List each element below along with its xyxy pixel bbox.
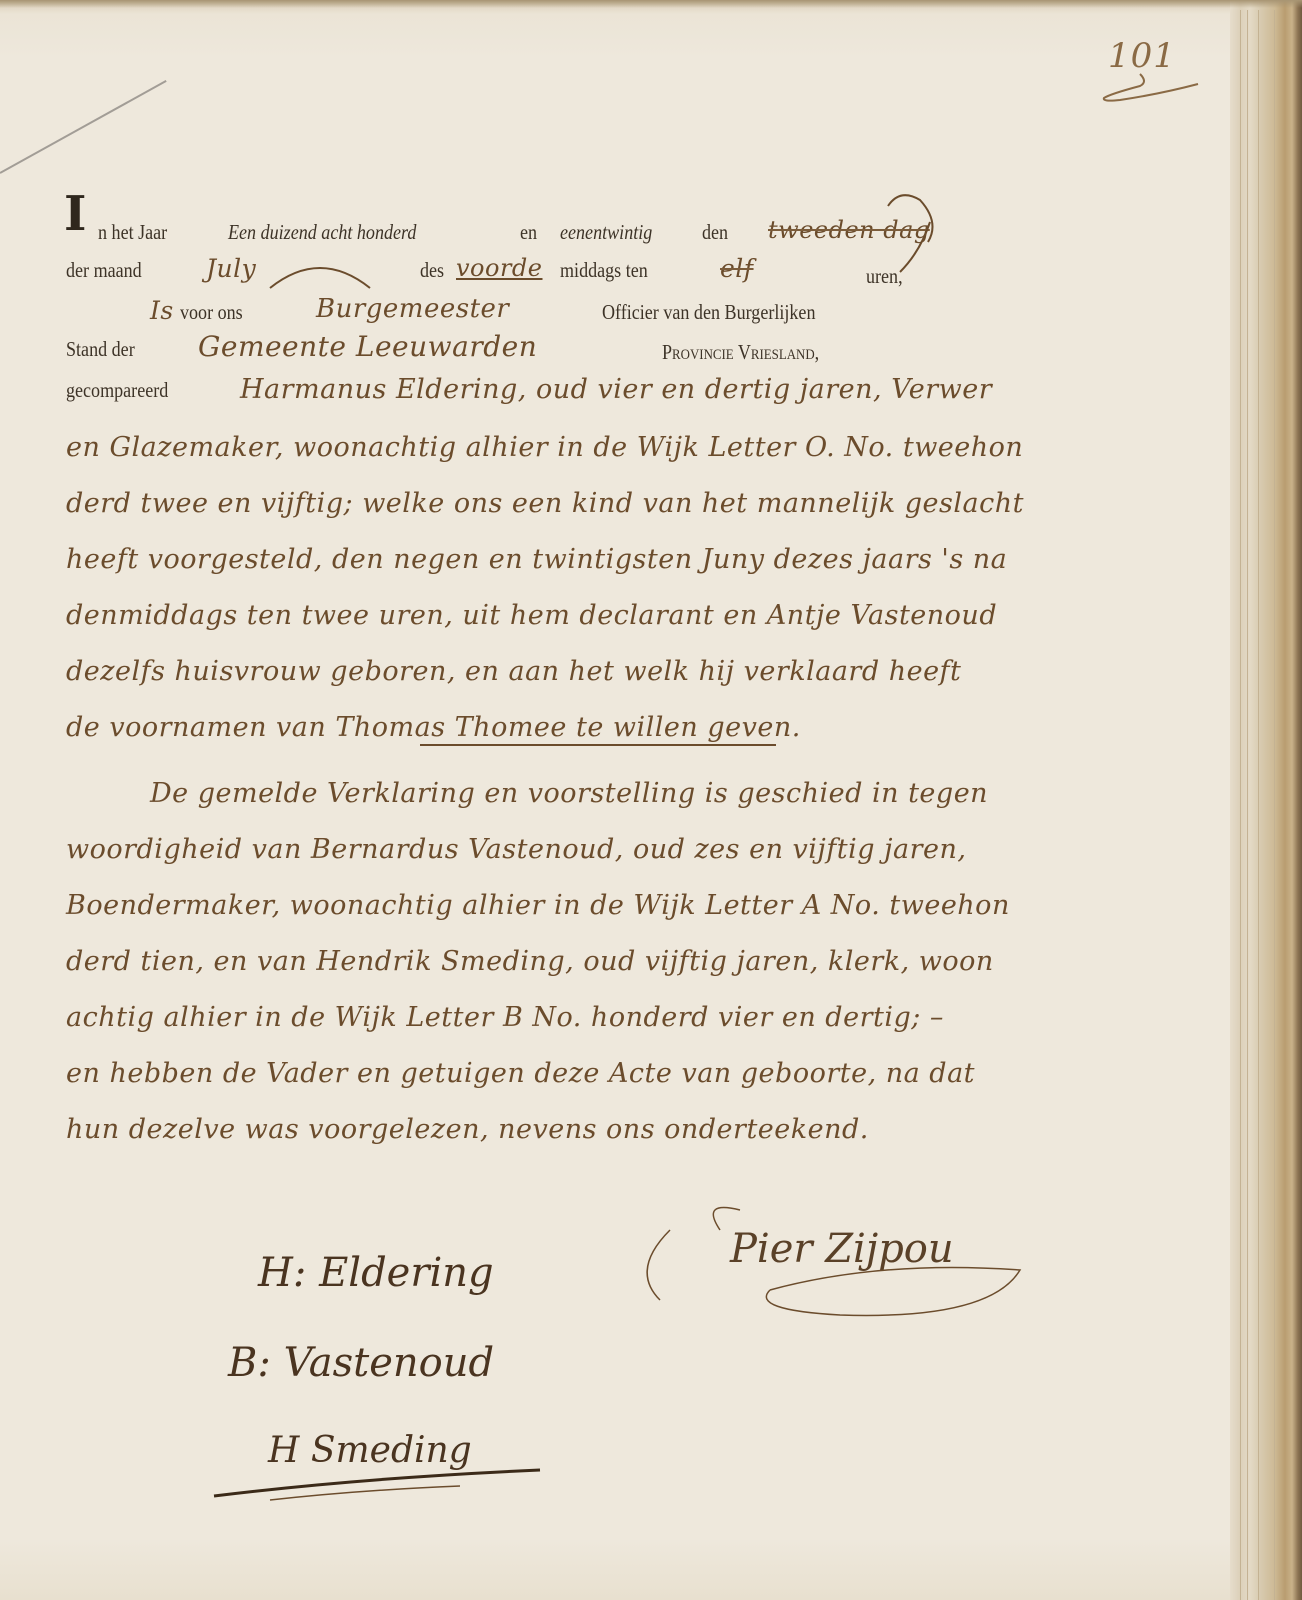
signature-vastenoud: B: Vastenoud	[228, 1340, 494, 1386]
printed-uren: uren,	[866, 264, 903, 289]
child-name-underline	[420, 744, 776, 746]
printed-provincie: Provincie Vriesland,	[662, 340, 819, 365]
top-edge-shadow	[0, 0, 1302, 8]
book-page-edges	[1230, 0, 1302, 1600]
signature-smeding: H Smeding	[268, 1430, 472, 1471]
handwritten-official-title: Burgemeester	[316, 294, 509, 324]
printed-der-maand: der maand	[66, 258, 142, 283]
body-line-7: de voornamen van Thomas Thomee te willen…	[66, 712, 801, 743]
body-line-5: denmiddags ten twee uren, uit hem declar…	[66, 600, 997, 631]
printed-in-het-jaar: n het Jaar	[98, 220, 167, 245]
printed-voor-ons: voor ons	[180, 300, 243, 325]
handwritten-municipality: Gemeente Leeuwarden	[198, 330, 537, 363]
printed-middags-ten: middags ten	[560, 258, 648, 283]
page-number-flourish	[1100, 72, 1200, 102]
mayor-signature-flourish	[640, 1190, 1040, 1340]
printed-eenentwintig: eenentwintig	[560, 220, 652, 245]
printed-year-words: Een duizend acht honderd	[228, 220, 416, 245]
witness-line-6: en hebben de Vader en getuigen deze Acte…	[66, 1058, 975, 1089]
body-line-3: derd twee en vijftig; welke ons een kind…	[66, 488, 1024, 519]
printed-officier: Officier van den Burgerlijken	[602, 300, 815, 325]
signature-eldering: H: Eldering	[258, 1250, 494, 1296]
printed-den: den	[702, 220, 728, 245]
handwritten-is: Is	[150, 296, 174, 325]
body-line-1: Harmanus Eldering, oud vier en dertig ja…	[240, 374, 992, 405]
handwritten-hour: elf	[720, 254, 754, 283]
month-flourish	[260, 258, 380, 298]
witness-line-4: derd tien, en van Hendrik Smeding, oud v…	[66, 946, 994, 977]
body-line-4: heeft voorgesteld, den negen en twintigs…	[66, 544, 1007, 575]
page-number: 101	[1108, 36, 1176, 76]
witness-line-2: woordigheid van Bernardus Vastenoud, oud…	[66, 834, 966, 865]
printed-stand-der: Stand der	[66, 337, 135, 362]
witness-line-7: hun dezelve was voorgelezen, nevens ons …	[66, 1114, 869, 1145]
handwritten-part-of-day: voorde	[456, 254, 543, 282]
witness-line-3: Boendermaker, woonachtig alhier in de Wi…	[66, 890, 1010, 921]
printed-en: en	[520, 220, 537, 245]
witness-line-1: De gemelde Verklaring en voorstelling is…	[150, 778, 988, 809]
body-line-6: dezelfs huisvrouw geboren, en aan het we…	[66, 656, 961, 687]
printed-gecompareerd: gecompareerd	[66, 378, 168, 403]
body-line-2: en Glazemaker, woonachtig alhier in de W…	[66, 432, 1023, 463]
drop-cap-initial: I	[64, 190, 86, 238]
witness-line-5: achtig alhier in de Wijk Letter B No. ho…	[66, 1002, 944, 1033]
handwritten-month: July	[206, 254, 256, 283]
signature-underline-flourish	[210, 1466, 550, 1506]
printed-des: des	[420, 258, 444, 283]
